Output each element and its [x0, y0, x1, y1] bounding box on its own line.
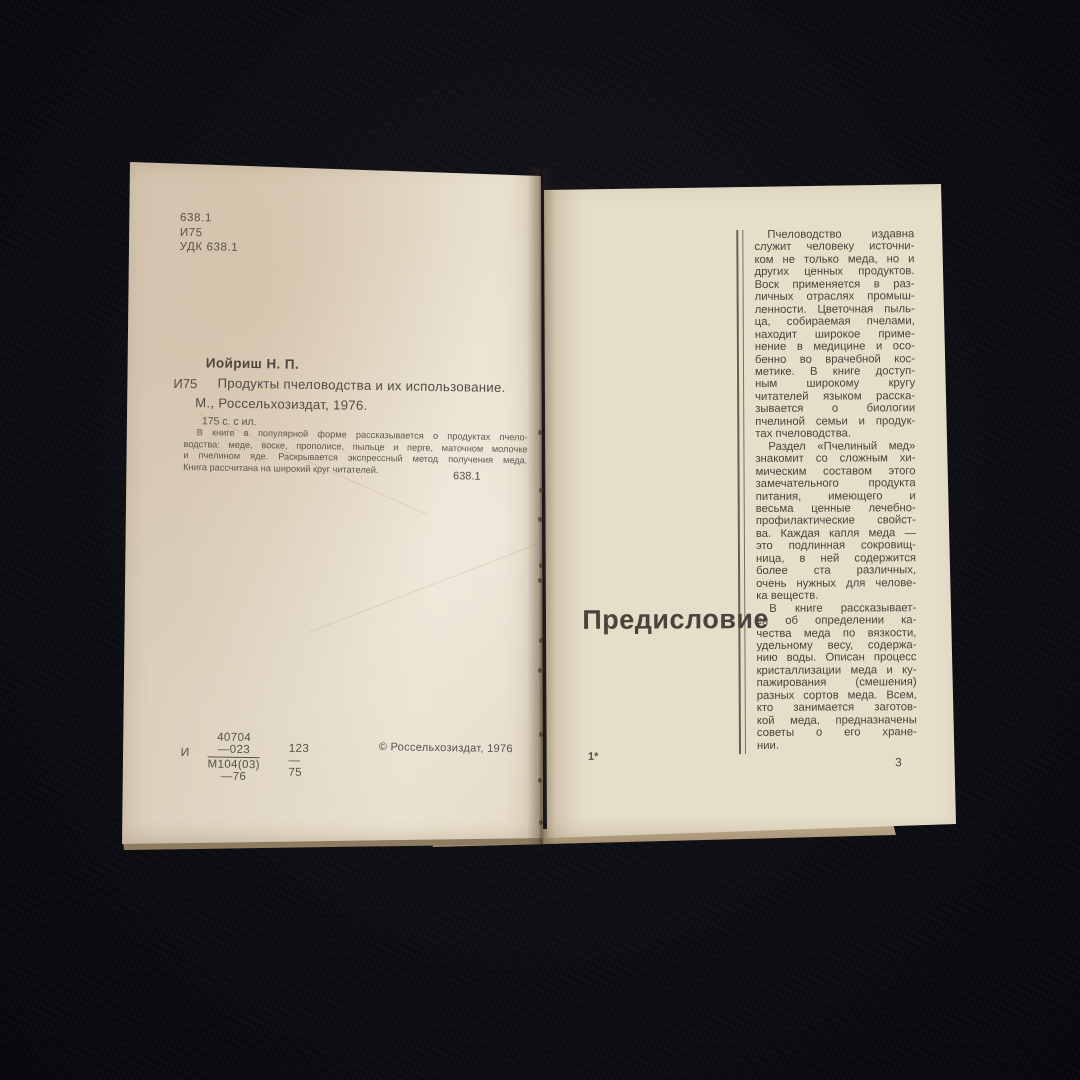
text-line: нию воды. Описан процесс: [756, 652, 916, 665]
book-title: Продукты пчеловодства и их использование…: [217, 376, 547, 396]
left-page-content: 638.1И75УДК 638.1 Иойриш Н. П. И75 Проду…: [111, 160, 543, 853]
text-line: кто занимается заготов-: [757, 701, 917, 714]
author-name: Иойриш Н. П.: [206, 355, 300, 371]
text-line: ца, собираемая пчелами,: [755, 315, 915, 328]
text-line: Воск применяется в раз-: [755, 278, 915, 291]
preface-paragraph: Раздел «Пчелиный мед»знакомит со сложным…: [755, 440, 916, 603]
text-line: 638.1: [180, 211, 239, 226]
paper-showthrough-line: [309, 538, 552, 633]
text-line: служит человеку источни-: [754, 241, 914, 254]
text-line: зывается о биологии: [755, 403, 915, 416]
text-line: кой меда, предназначены: [757, 714, 917, 727]
text-line: И75: [180, 225, 239, 240]
text-line: весьма ценные лечебно-: [756, 502, 916, 515]
text-line: профилактические свойст-: [756, 515, 916, 528]
signature-mark: 1*: [588, 751, 598, 763]
right-page-content: Предисловие Пчеловодство издавнаслужит ч…: [541, 175, 970, 845]
text-line: других ценных продуктов.: [754, 266, 914, 279]
imprint-numerator: 40704—023: [208, 731, 261, 758]
text-line: Пчеловодство издавна: [754, 228, 914, 241]
book-gutter-shadow: [527, 168, 555, 844]
udk-number: 638.1: [453, 470, 481, 482]
preface-paragraph: В книге рассказывает-ся об определении к…: [756, 602, 917, 752]
text-line: личных отраслях промыш-: [755, 290, 915, 303]
text-line: питания, имеющего и: [756, 490, 916, 503]
imprint-fraction: 40704—023 М104(03)—76: [207, 731, 260, 783]
text-line: ва. Каждая капля меда —: [756, 527, 916, 540]
text-line: В книге рассказывает-: [756, 602, 916, 615]
page-number: 3: [895, 755, 902, 769]
catalog-entry-code: И75: [173, 376, 197, 391]
text-line: замечательного продукта: [756, 477, 916, 490]
text-line: ленности. Цветочная пыль-: [755, 303, 915, 316]
text-line: читателей языком расска-: [755, 390, 915, 403]
classification-index-block: 638.1И75УДК 638.1: [180, 211, 239, 255]
text-line: пчелиной семьи и продук-: [755, 415, 915, 428]
imprint-suffix-number: 123—75: [288, 743, 309, 779]
text-line: метике. В книге доступ-: [755, 365, 915, 378]
left-book-page: 638.1И75УДК 638.1 Иойриш Н. П. И75 Проду…: [122, 160, 543, 846]
book-imprint-line: М., Россельхозиздат, 1976.: [195, 395, 368, 413]
right-book-page: Предисловие Пчеловодство издавнаслужит ч…: [541, 176, 967, 844]
text-line: тах пчеловодства.: [755, 427, 915, 440]
text-line: Раздел «Пчелиный мед»: [755, 440, 915, 453]
preface-paragraph: Пчеловодство издавнаслужит человеку исто…: [754, 228, 915, 441]
text-line: это подлинная сокровищ-: [756, 539, 916, 552]
text-line: кристаллизации меда и ку-: [757, 664, 917, 677]
preface-text-column: Пчеловодство издавнаслужит человеку исто…: [754, 228, 917, 752]
text-line: ным широкому кругу: [755, 378, 915, 391]
column-double-rule: [736, 230, 746, 754]
text-line: удельному весу, содержа-: [756, 639, 916, 652]
photo-of-open-book: 638.1И75УДК 638.1 Иойриш Н. П. И75 Проду…: [0, 0, 1080, 1080]
text-line: бенно во врачебной кос-: [755, 353, 915, 366]
text-line: пажирования (смешения): [757, 676, 917, 689]
text-line: советы о его хране-: [757, 726, 917, 739]
text-line: ка веществ.: [756, 589, 916, 602]
text-line: очень нужных для челове-: [756, 577, 916, 590]
imprint-prefix-letter: И: [181, 745, 190, 759]
text-line: мическим составом этого: [756, 465, 916, 478]
text-line: знакомит со сложным хи-: [755, 452, 915, 465]
copyright-notice: © Россельхозиздат, 1976: [379, 741, 513, 755]
print-order-imprint: И 40704—023 М104(03)—76 123—75: [181, 731, 182, 765]
text-line: ком не только меда, но и: [754, 253, 914, 266]
text-line: УДК 638.1: [180, 240, 239, 255]
text-line: нии.: [757, 739, 917, 752]
text-line: нение в медицине и осо-: [755, 340, 915, 353]
text-line: находит широкое приме-: [755, 328, 915, 341]
imprint-denominator: М104(03)—76: [207, 757, 260, 783]
text-line: чества меда по вязкости,: [756, 627, 916, 640]
text-line: более ста различных,: [756, 564, 916, 577]
text-line: ся об определении ка-: [756, 614, 916, 627]
text-line: разных сортов меда. Всем,: [757, 689, 917, 702]
text-line: ница, в ней содержится: [756, 552, 916, 565]
